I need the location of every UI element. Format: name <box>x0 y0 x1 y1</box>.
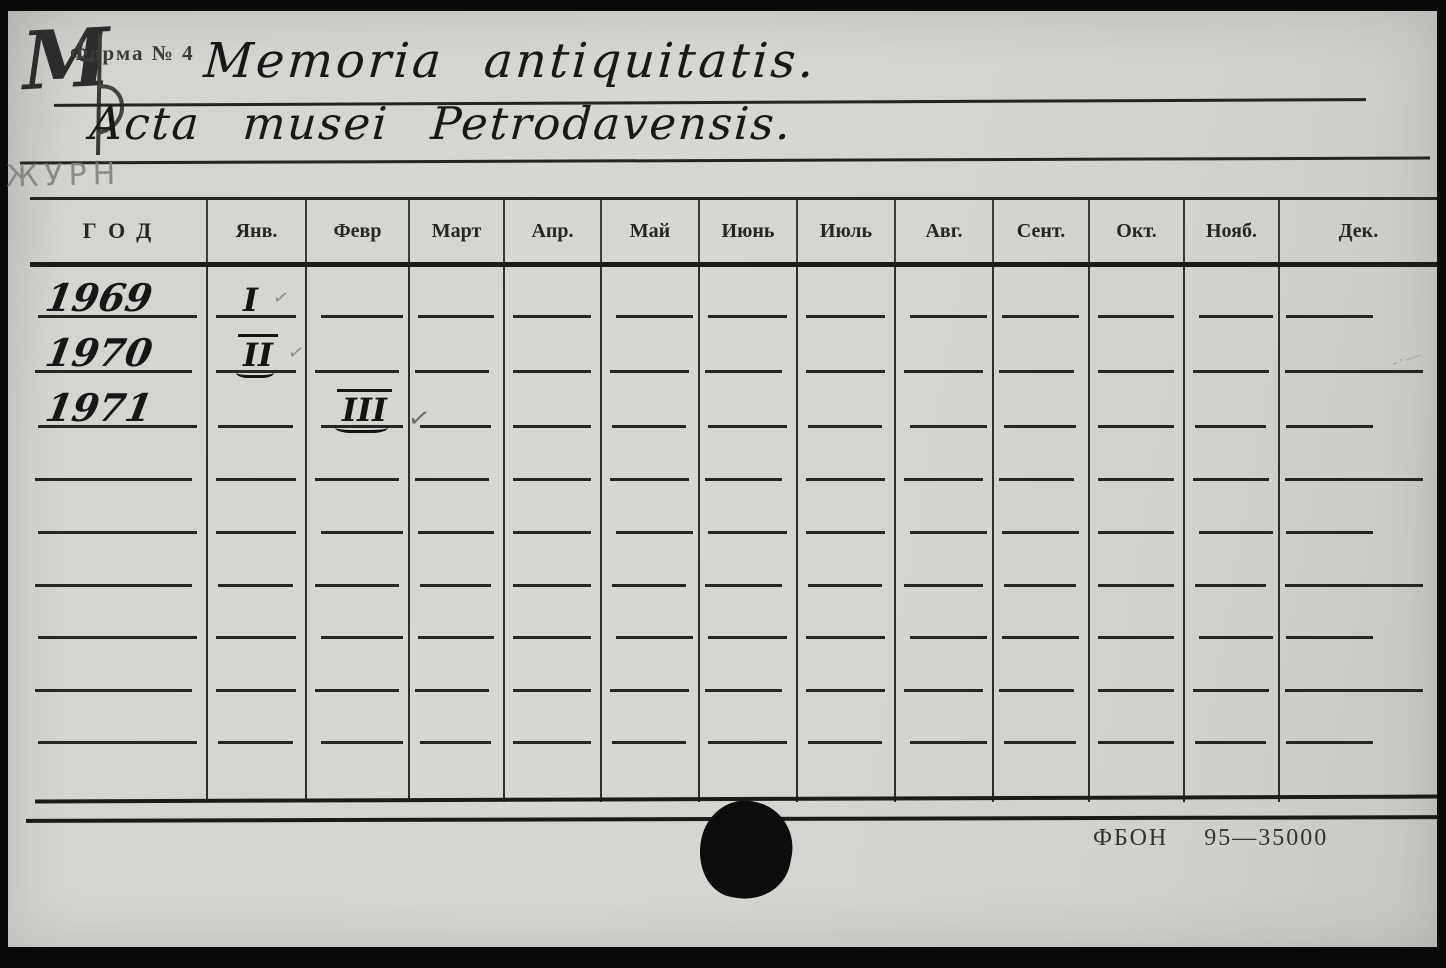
month-cell <box>798 373 896 428</box>
month-cell <box>1090 534 1185 587</box>
month-cell <box>1185 744 1280 802</box>
month-cell <box>1280 267 1437 318</box>
month-cell <box>994 428 1090 481</box>
month-cell <box>602 318 700 373</box>
month-cell: III✓ <box>307 373 410 428</box>
year-cell <box>30 534 208 587</box>
library-registration-card: М Форма № 4 Memoria antiquitatis. Acta m… <box>8 11 1437 947</box>
month-cell <box>700 534 798 587</box>
table-row: 1970II✓ <box>30 318 1437 373</box>
month-cell <box>410 267 505 318</box>
month-cell <box>896 534 994 587</box>
month-cell <box>307 692 410 744</box>
month-cell <box>505 534 602 587</box>
month-cell <box>1185 534 1280 587</box>
month-cell <box>505 587 602 639</box>
month-cell <box>208 639 307 692</box>
month-cell <box>307 587 410 639</box>
month-cell: I✓ <box>208 267 307 318</box>
scanned-card-page: М Форма № 4 Memoria antiquitatis. Acta m… <box>0 0 1446 968</box>
table-row <box>30 534 1437 587</box>
month-cell <box>505 428 602 481</box>
table-row: 1969I✓ <box>30 267 1437 318</box>
month-cell <box>1090 481 1185 534</box>
month-cell <box>208 428 307 481</box>
year-cell: 1970 <box>30 318 208 373</box>
handwritten-year: 1970 <box>27 334 156 373</box>
month-cell <box>994 373 1090 428</box>
month-cell <box>798 744 896 802</box>
column-header-month: Июнь <box>700 200 798 262</box>
month-cell <box>307 534 410 587</box>
issue-roman-numeral: I <box>238 282 263 316</box>
month-cell <box>1280 587 1437 639</box>
month-cell <box>700 428 798 481</box>
month-cell <box>1090 428 1185 481</box>
month-cell <box>700 267 798 318</box>
month-cell <box>1280 744 1437 802</box>
column-header-month: Нояб. <box>1185 200 1280 262</box>
month-cell <box>1090 587 1185 639</box>
month-cell <box>1090 744 1185 802</box>
month-cell <box>208 534 307 587</box>
column-header-month: Авг. <box>896 200 994 262</box>
month-cell <box>994 534 1090 587</box>
month-cell <box>994 692 1090 744</box>
month-cell <box>798 267 896 318</box>
month-cell <box>410 534 505 587</box>
year-cell <box>30 744 208 802</box>
column-header-year: ГОД <box>30 200 208 262</box>
imprint-line: ФБОН 95—35000 <box>1093 825 1328 852</box>
month-cell <box>1280 639 1437 692</box>
month-cell <box>1280 534 1437 587</box>
column-header-month: Янв. <box>208 200 307 262</box>
month-cell <box>410 744 505 802</box>
table-row: 1971III✓ <box>30 373 1437 428</box>
month-cell <box>602 587 700 639</box>
month-cell <box>896 481 994 534</box>
month-cell <box>410 318 505 373</box>
form-number-label: Форма № 4 <box>70 41 195 66</box>
column-header-month: Дек. <box>1280 200 1437 262</box>
month-cell <box>994 267 1090 318</box>
month-cell <box>798 534 896 587</box>
month-cell <box>994 587 1090 639</box>
month-cell <box>307 481 410 534</box>
column-header-month: Июль <box>798 200 896 262</box>
month-cell <box>700 692 798 744</box>
table-row <box>30 481 1437 534</box>
table-row <box>30 587 1437 639</box>
month-cell <box>602 428 700 481</box>
column-header-month: Окт. <box>1090 200 1185 262</box>
month-cell <box>896 318 994 373</box>
month-cell <box>700 318 798 373</box>
month-cell <box>505 481 602 534</box>
month-cell <box>410 639 505 692</box>
month-cell <box>1185 639 1280 692</box>
month-cell <box>1090 267 1185 318</box>
month-cell <box>505 318 602 373</box>
month-cell <box>208 692 307 744</box>
issue-roman-numeral: II <box>238 334 278 371</box>
month-cell <box>1090 692 1185 744</box>
month-cell <box>896 428 994 481</box>
month-cell <box>896 692 994 744</box>
month-cell <box>896 744 994 802</box>
month-cell <box>896 639 994 692</box>
month-cell <box>410 373 505 428</box>
year-cell: 1969 <box>30 267 208 318</box>
month-cell <box>798 428 896 481</box>
month-cell <box>1185 587 1280 639</box>
month-cell <box>994 481 1090 534</box>
month-cell <box>1090 639 1185 692</box>
pencil-check-icon: ✓ <box>271 288 290 309</box>
month-cell <box>410 587 505 639</box>
year-cell: 1971 <box>30 373 208 428</box>
month-cell <box>1280 692 1437 744</box>
year-cell <box>30 639 208 692</box>
month-cell <box>1090 318 1185 373</box>
column-header-month: Май <box>602 200 700 262</box>
column-header-month: Сент. <box>994 200 1090 262</box>
column-header-month: Февр <box>307 200 410 262</box>
month-cell <box>896 587 994 639</box>
column-header-month: Март <box>410 200 505 262</box>
year-cell <box>30 481 208 534</box>
month-cell <box>505 692 602 744</box>
month-cell <box>602 744 700 802</box>
table-body: 1969I✓1970II✓1971III✓ <box>30 267 1437 802</box>
month-cell: II✓ <box>208 318 307 373</box>
year-cell <box>30 428 208 481</box>
month-cell <box>1090 373 1185 428</box>
month-cell <box>798 481 896 534</box>
table-row <box>30 639 1437 692</box>
month-cell <box>798 639 896 692</box>
month-cell <box>307 267 410 318</box>
imprint-org: ФБОН <box>1093 825 1168 852</box>
handwritten-year: 1971 <box>27 389 156 428</box>
month-cell <box>700 639 798 692</box>
month-cell <box>994 744 1090 802</box>
month-cell <box>700 587 798 639</box>
handwritten-year: 1969 <box>27 279 156 318</box>
imprint-code: 95—35000 <box>1204 825 1328 852</box>
month-cell <box>994 639 1090 692</box>
month-cell <box>505 373 602 428</box>
month-cell <box>1185 481 1280 534</box>
issues-table: ГОДЯнв.ФеврМартАпр.МайИюньИюльАвг.Сент.О… <box>30 197 1437 802</box>
month-cell <box>410 481 505 534</box>
month-cell <box>700 481 798 534</box>
month-cell <box>1185 428 1280 481</box>
month-cell <box>208 373 307 428</box>
month-cell <box>602 481 700 534</box>
month-cell <box>307 428 410 481</box>
month-cell <box>505 267 602 318</box>
month-cell <box>208 587 307 639</box>
month-cell <box>307 744 410 802</box>
month-cell <box>602 267 700 318</box>
month-cell <box>798 587 896 639</box>
month-cell <box>1185 373 1280 428</box>
month-cell <box>1280 373 1437 428</box>
month-cell <box>896 373 994 428</box>
month-cell <box>1280 481 1437 534</box>
month-cell <box>700 744 798 802</box>
pencil-check-icon: ✓ <box>286 343 305 364</box>
month-cell <box>307 639 410 692</box>
table-row <box>30 428 1437 481</box>
month-cell <box>208 481 307 534</box>
column-header-month: Апр. <box>505 200 602 262</box>
journal-title-line1: Memoria antiquitatis. <box>202 33 819 89</box>
month-cell <box>307 318 410 373</box>
month-cell <box>602 639 700 692</box>
month-cell <box>1280 428 1437 481</box>
month-cell <box>602 373 700 428</box>
month-cell <box>410 692 505 744</box>
month-cell <box>208 744 307 802</box>
title-underline-2 <box>20 157 1430 165</box>
journal-title-line2: Acta musei Petrodavensis. <box>88 97 794 150</box>
month-cell <box>994 318 1090 373</box>
table-row <box>30 744 1437 802</box>
month-cell <box>410 428 505 481</box>
punch-hole <box>691 793 801 908</box>
zhurn-pencil-stamp: ЖУРН <box>6 157 122 194</box>
table-row <box>30 692 1437 744</box>
month-cell <box>798 692 896 744</box>
month-cell <box>602 534 700 587</box>
month-cell <box>1185 267 1280 318</box>
month-cell <box>700 373 798 428</box>
month-cell <box>602 692 700 744</box>
issue-roman-numeral: III <box>337 389 392 426</box>
table-header-row: ГОДЯнв.ФеврМартАпр.МайИюньИюльАвг.Сент.О… <box>30 200 1437 267</box>
month-cell <box>1185 692 1280 744</box>
month-cell <box>505 744 602 802</box>
month-cell <box>1185 318 1280 373</box>
month-cell <box>798 318 896 373</box>
year-cell <box>30 587 208 639</box>
year-cell <box>30 692 208 744</box>
month-cell <box>505 639 602 692</box>
month-cell <box>896 267 994 318</box>
